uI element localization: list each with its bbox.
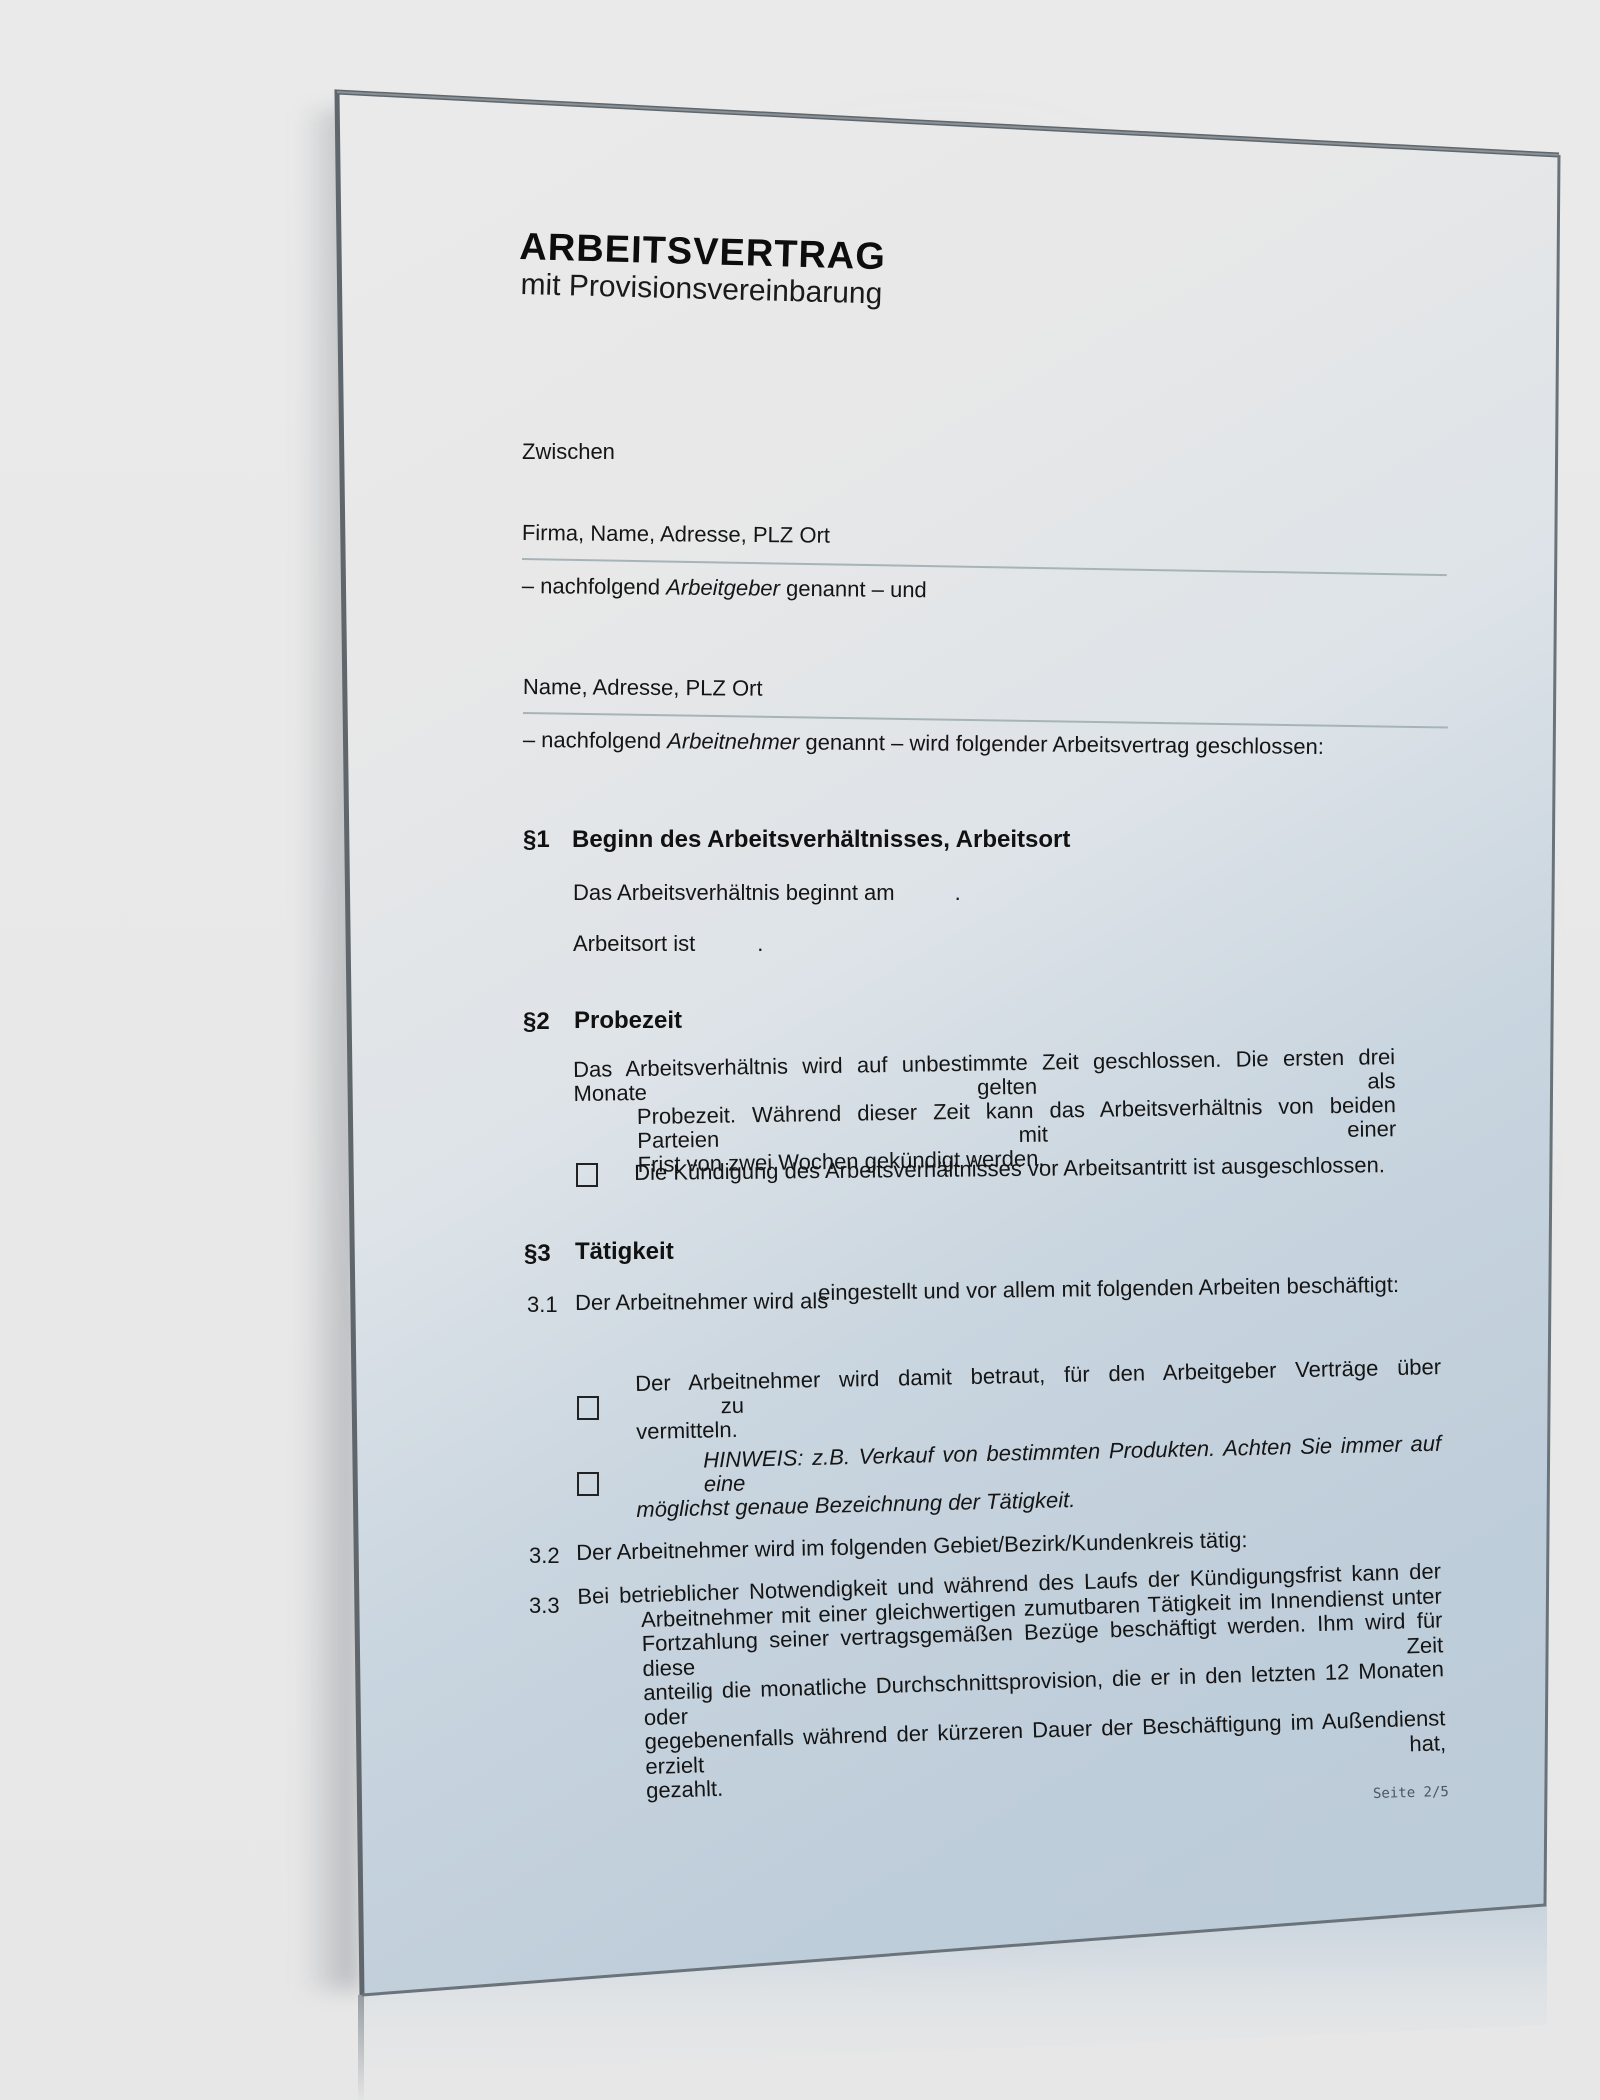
section-1-number: §1 xyxy=(523,826,550,854)
item-3-1-number: 3.1 xyxy=(527,1292,558,1318)
section-3-number: §3 xyxy=(524,1240,551,1268)
hint-checkbox[interactable] xyxy=(577,1472,599,1496)
section-3-title: Tätigkeit xyxy=(575,1238,674,1266)
item-3-2-number: 3.2 xyxy=(529,1543,560,1569)
document-preview-stage: ARBEITSVERTRAG mit Provisionsvereinbarun… xyxy=(0,0,1600,2100)
item-3-3-number: 3.3 xyxy=(529,1593,560,1619)
page-number: Seite 2/5 xyxy=(1373,1784,1449,1802)
section-1-title: Beginn des Arbeitsverhältnisses, Arbeits… xyxy=(572,826,1070,854)
employer-rule xyxy=(522,558,1447,576)
hint-text: HINWEIS: z.B. Verkauf von bestimmten Pro… xyxy=(635,1432,1442,1522)
section-2-number: §2 xyxy=(523,1008,550,1036)
document-content: ARBEITSVERTRAG mit Provisionsvereinbarun… xyxy=(0,0,1600,2100)
section-2-title: Probezeit xyxy=(574,1007,682,1035)
employee-rule xyxy=(523,712,1448,729)
item-3-2-text: Der Arbeitnehmer wird im folgenden Gebie… xyxy=(576,1527,1248,1566)
paper: ARBEITSVERTRAG mit Provisionsvereinbarun… xyxy=(0,0,1600,2100)
employee-note: – nachfolgend Arbeitnehmer genannt – wir… xyxy=(523,727,1324,760)
contract-brokerage-text: Der Arbeitnehmer wird damit betraut, für… xyxy=(635,1355,1442,1444)
contract-type-blank[interactable] xyxy=(636,1413,721,1415)
contract-brokerage-checkbox[interactable] xyxy=(577,1396,599,1420)
item-3-1-text-b: eingestellt und vor allem mit folgenden … xyxy=(818,1272,1399,1306)
start-date-line: Das Arbeitsverhältnis beginnt am. xyxy=(573,880,961,906)
employee-field[interactable]: Name, Adresse, PLZ Ort xyxy=(523,674,763,702)
no-termination-before-start-checkbox[interactable] xyxy=(576,1163,598,1187)
employer-field[interactable]: Firma, Name, Adresse, PLZ Ort xyxy=(522,520,830,549)
item-3-3-text: Bei betrieblicher Notwendigkeit und währ… xyxy=(577,1559,1447,1805)
item-3-1-text-a: Der Arbeitnehmer wird als xyxy=(575,1288,828,1316)
workplace-line: Arbeitsort ist. xyxy=(573,931,763,957)
employer-note: – nachfolgend Arbeitgeber genannt – und xyxy=(522,573,927,603)
intro-text: Zwischen xyxy=(522,439,615,465)
